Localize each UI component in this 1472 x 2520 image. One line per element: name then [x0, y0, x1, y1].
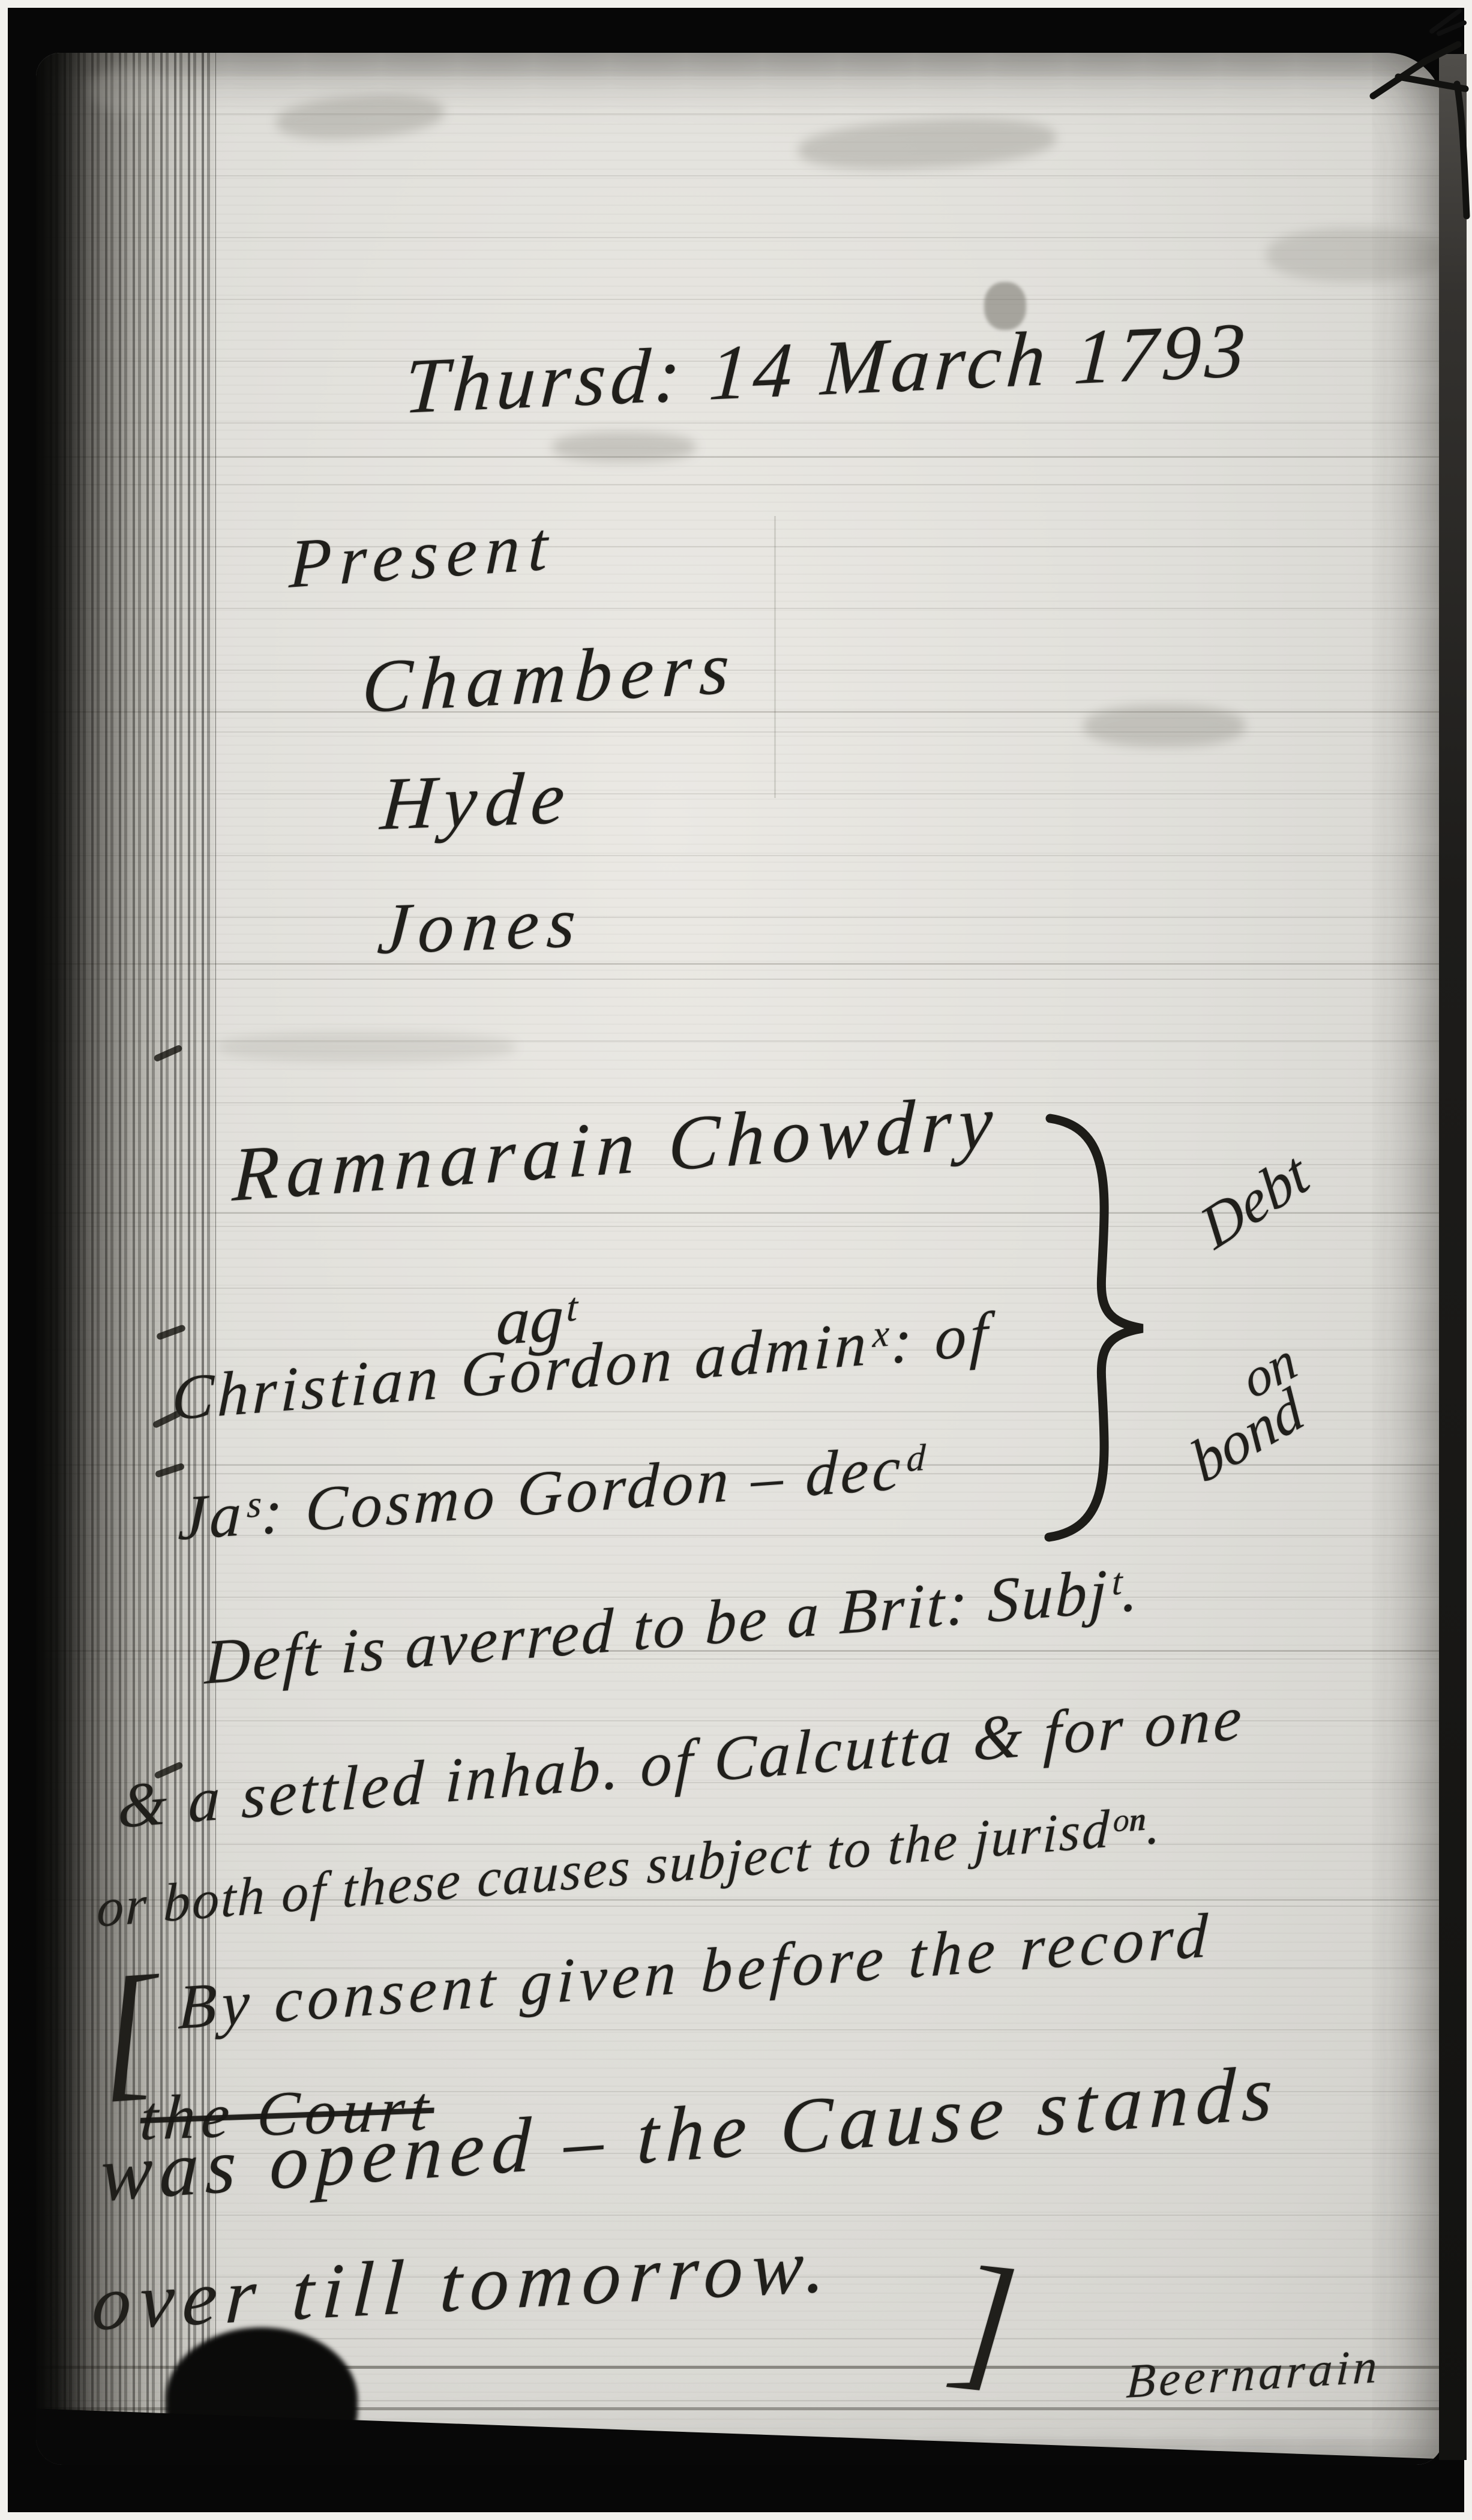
facing-page-edge — [1439, 54, 1467, 2460]
corner-pen-mark — [1427, 4, 1470, 42]
bleed-through-smudge — [552, 432, 696, 462]
manuscript-photo: Thursd: 14 March 1793 Present Chambers H… — [0, 0, 1472, 2520]
rule-line — [36, 963, 1443, 965]
bleed-through-smudge — [1266, 228, 1443, 282]
judge-jones: Jones — [375, 881, 587, 971]
bleed-through-smudge — [1083, 705, 1245, 747]
judge-hyde: Hyde — [378, 755, 576, 848]
manuscript-page: Thursd: 14 March 1793 Present Chambers H… — [36, 53, 1443, 2465]
case-brace — [1032, 1110, 1158, 1548]
dust-speck — [90, 66, 168, 114]
crease-line — [774, 516, 776, 798]
rule-line — [36, 456, 1443, 458]
edge-ink-mark — [1368, 24, 1470, 222]
bleed-through-smudge — [216, 1032, 516, 1062]
